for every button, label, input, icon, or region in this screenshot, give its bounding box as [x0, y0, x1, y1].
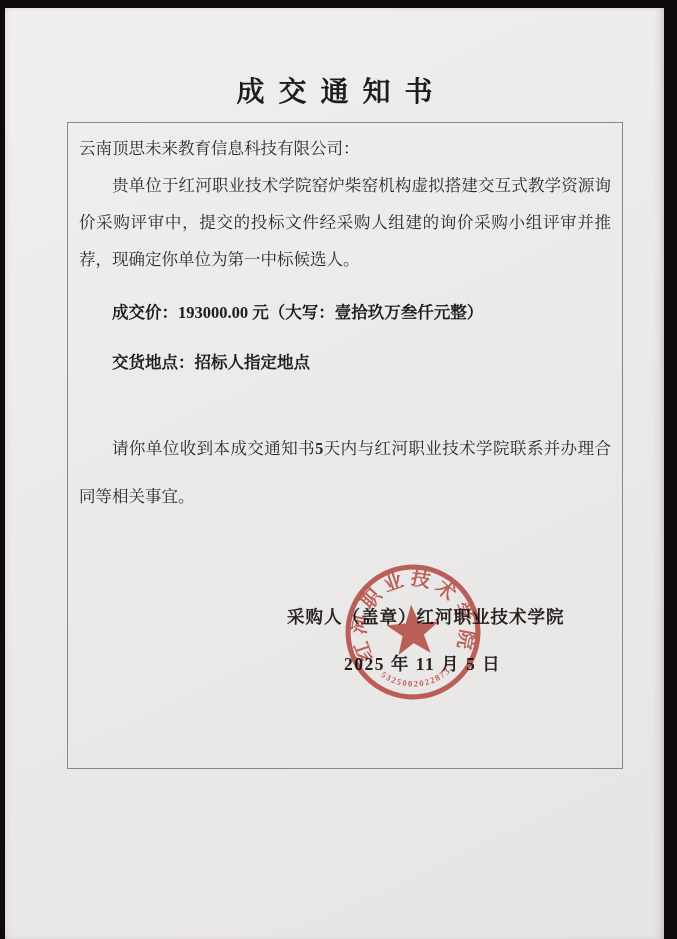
notice-paragraph: 请你单位收到本成交通知书5天内与红河职业技术学院联系并办理合同等相关事宜。: [79, 425, 611, 521]
notice-prefix: 请你单位收到本成交通知书: [112, 439, 315, 458]
body-paragraph: 贵单位于红河职业技术学院窑炉柴窑机构虚拟搭建交互式教学资源询价采购评审中，提交的…: [79, 167, 611, 278]
price-line: 成交价：193000.00 元（大写：壹拾玖万叁仟元整）: [79, 294, 611, 331]
document-page: 成交通知书 云南顶思未来教育信息科技有限公司： 贵单位于红河职业技术学院窑炉柴窑…: [5, 8, 664, 939]
seal-star-icon: [385, 603, 440, 656]
document-title: 成交通知书: [5, 70, 664, 110]
recipient-line: 云南顶思未来教育信息科技有限公司：: [79, 130, 611, 167]
delivery-line: 交货地点：招标人指定地点: [79, 344, 611, 381]
official-seal: 红河职业技术学院 5325002022873: [337, 556, 489, 708]
